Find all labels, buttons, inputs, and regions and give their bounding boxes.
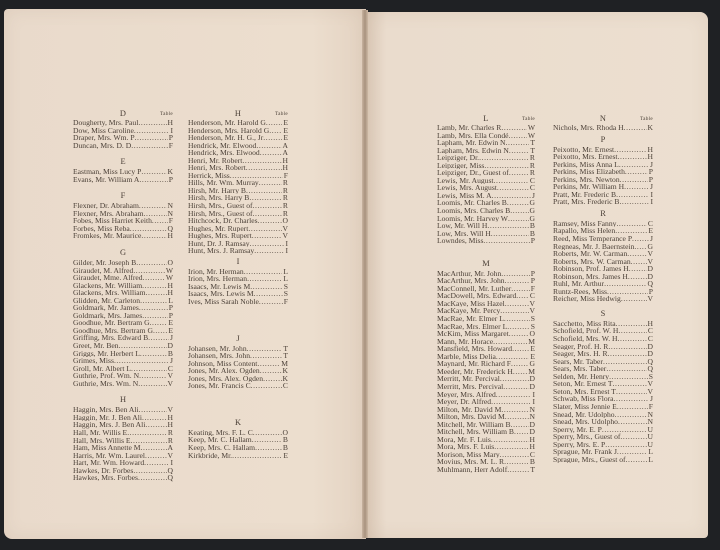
leader-dots [602, 426, 647, 434]
guest-name: Forbes, Miss Reba [73, 225, 130, 233]
table-assignment: J [649, 183, 653, 191]
table-assignment: F [648, 403, 653, 411]
guest-name: Hunt, Mrs. J. Ramsay [188, 247, 254, 255]
guest-entry: Mora, Mr. F. LuisH [437, 436, 535, 444]
guest-entry: Loomis, Mr. Harvey WG [437, 215, 535, 223]
guest-name: Merritt, Mr. Percival [437, 375, 500, 383]
guest-entry: MacRae, Mr. Elmer LS [437, 315, 535, 323]
guest-name: Isaacs, Mr. Lewis M [188, 283, 250, 291]
guest-entry: Morison, Miss MaryC [437, 451, 535, 459]
guest-name: Perkins, Miss Elizabeth [553, 168, 625, 176]
guest-entry: Leipziger, MissR [437, 162, 535, 170]
guest-name: Harris, Mr. Wm. Laurel [73, 452, 145, 460]
table-assignment: H [167, 414, 173, 422]
guest-entry: Hawkes, Dr. ForbesQ [73, 467, 173, 475]
leader-dots [617, 403, 648, 411]
guest-entry: Duncan, Mrs. D. DF [73, 142, 173, 150]
guest-name: MacKaye, Miss Hazel [437, 300, 505, 308]
guest-entry: Roberts, Mrs. W. CarmanV [553, 258, 653, 266]
leader-dots [260, 149, 282, 157]
table-assignment: W [527, 132, 535, 140]
leader-dots [624, 183, 649, 191]
leader-dots [141, 168, 166, 176]
guest-entry: Ruhl, Mr. ArthurQ [553, 280, 653, 288]
leader-dots [614, 395, 649, 403]
section-letter-j: J [188, 332, 288, 345]
table-assignment: V [647, 250, 653, 258]
table-assignment: Q [167, 225, 173, 233]
guest-name: MacRae, Mr. Elmer L [437, 315, 504, 323]
leader-dots [250, 352, 282, 360]
table-assignment: N [647, 411, 653, 419]
guest-entry: Meeder, Mr. Frederick HM [437, 368, 535, 376]
guest-name: Hunt, Dr. J. Ramsay [188, 240, 250, 248]
table-assignment: S [283, 283, 288, 291]
leader-dots [509, 147, 529, 155]
guest-name: Jones, Mrs. Alex. Ogden [188, 375, 263, 383]
leader-dots [511, 285, 530, 293]
guest-name: Reicher, Miss Hedwig [553, 295, 621, 303]
table-assignment: J [649, 235, 653, 243]
guest-entry: Mitchell, Mr. William BD [437, 421, 535, 429]
guest-name: Isaacs, Mrs. Lewis M [188, 290, 254, 298]
guest-entry: Hendrick, Mrs. ElwoodA [188, 149, 288, 157]
guest-entry: Gilder, Mr. Joseph BO [73, 259, 173, 267]
table-assignment: I [531, 398, 535, 406]
table-assignment: N [167, 210, 173, 218]
guest-name: Milton, Mrs. David M [437, 413, 505, 421]
guest-entry: Johnson, Miss ContentM [188, 360, 288, 368]
section-header-l: LTable [437, 113, 535, 124]
guest-name: Leipziger, Dr., Guest of [437, 169, 509, 177]
table-assignment: B [167, 350, 173, 358]
guest-entry: Rapallo, Miss HelenE [553, 227, 653, 235]
guest-entry: Kirkbride, Mr.E [188, 452, 288, 460]
guest-name: Meyer, Dr. Alfred [437, 398, 491, 406]
leader-dots [632, 235, 649, 243]
table-assignment: V [167, 380, 173, 388]
guest-name: Eastman, Miss Lucy P [73, 168, 141, 176]
guest-name: Haggin, Mrs. Ben Ali [73, 406, 139, 414]
guest-entry: Pratt, Mrs. Frederic BI [553, 198, 653, 206]
guest-entry: Goodhue, Mrs. Bertram GE [73, 327, 173, 335]
guest-entry: Goodhue, Mr. Bertram GE [73, 319, 173, 327]
leader-dots [507, 466, 529, 474]
guest-entry: Lewis, Mr. AugustC [437, 177, 535, 185]
table-assignment: P [168, 312, 173, 320]
guest-name: Seager, Prof. H. R [553, 343, 608, 351]
right-page-column-1: LTableLamb, Mr. Charles RWLamb, Mrs. Ell… [437, 113, 535, 474]
guest-entry: Henri, Mr. RobertH [188, 157, 288, 165]
leader-dots [511, 421, 529, 429]
leader-dots [247, 275, 282, 283]
table-assignment: P [530, 270, 535, 278]
table-assignment: G [529, 199, 535, 207]
guest-entry: Johansen, Mrs. JohnT [188, 352, 288, 360]
guest-name: Mora, Mrs. F. Luis [437, 443, 494, 451]
table-assignment: H [647, 146, 653, 154]
leader-dots [254, 247, 284, 255]
leader-dots [479, 154, 529, 162]
guest-name: Milton, Mr. David M [437, 406, 501, 414]
table-assignment: E [167, 327, 173, 335]
right-page-column-2: NTableNichols, Mrs. Rhoda HKPPeixotto, M… [553, 113, 653, 463]
leader-dots [624, 124, 647, 132]
guest-name: Robinson, Mrs. James H [553, 273, 628, 281]
guest-entry: Hughes, Mrs. RupertV [188, 232, 288, 240]
leader-dots [509, 132, 527, 140]
guest-entry: Slater, Miss Jennie EF [553, 403, 653, 411]
guest-entry: Schwab, Miss FloraJ [553, 395, 653, 403]
guest-name: Hendrick, Mrs. Elwood [188, 149, 260, 157]
guest-name: Movius, Mrs. M. L. R [437, 458, 504, 466]
leader-dots [625, 168, 648, 176]
guest-entry: MacDowell, Mrs. EdwardC [437, 292, 535, 300]
leader-dots [138, 119, 166, 127]
guest-name: Schwab, Miss Flora [553, 395, 614, 403]
table-assignment: O [282, 217, 288, 225]
guest-entry: MacKaye, Miss HazelV [437, 300, 535, 308]
table-assignment: A [167, 444, 173, 452]
leader-dots [504, 315, 530, 323]
leader-dots [501, 270, 530, 278]
table-assignment: B [529, 222, 535, 230]
table-assignment: J [169, 357, 173, 365]
guest-entry: Milton, Mr. David MN [437, 406, 535, 414]
guest-entry: Schofield, Mrs. W. HC [553, 335, 653, 343]
guest-entry: Reed, Miss Temperance PJ [553, 235, 653, 243]
guest-name: Giraudet, M. Alfred [73, 267, 133, 275]
table-assignment: Q [647, 365, 653, 373]
section-letter-k: K [188, 416, 288, 429]
table-assignment: K [167, 168, 173, 176]
leader-dots [618, 327, 647, 335]
table-assignment: R [282, 210, 288, 218]
table-assignment: V [647, 388, 653, 396]
guest-entry: Muhlmann, Herr AdolfT [437, 466, 535, 474]
guest-entry: Keep, Mr. C. HallamB [188, 436, 288, 444]
table-assignment: V [167, 372, 173, 380]
guest-name: Hitchcock, Dr. Charles [188, 217, 258, 225]
leader-dots [616, 388, 647, 396]
guest-entry: Johansen, Mr. JohnT [188, 345, 288, 353]
guest-name: Fobes, Miss Harriet Keith [73, 217, 152, 225]
leader-dots [141, 232, 166, 240]
table-assignment: H [282, 157, 288, 165]
guest-entry: Ham, Miss Annette MA [73, 444, 173, 452]
leader-dots [507, 323, 530, 331]
guest-name: Herrick, Miss [188, 172, 230, 180]
leader-dots [631, 258, 647, 266]
table-assignment: S [530, 323, 535, 331]
table-assignment: D [647, 265, 653, 273]
leader-dots [139, 202, 167, 210]
leader-dots [150, 319, 168, 327]
table-assignment: D [529, 375, 535, 383]
section-letter-g: G [73, 246, 173, 259]
guest-name: Schofield, Mrs. W. H [553, 335, 618, 343]
table-assignment: R [282, 187, 288, 195]
leader-dots [145, 421, 166, 429]
table-assignment: P [168, 176, 173, 184]
table-assignment: N [529, 413, 535, 421]
guest-name: Goodhue, Mr. Bertram G [73, 319, 150, 327]
table-assignment: M [527, 368, 535, 376]
leader-dots [483, 237, 529, 245]
guest-entry: MacConnell, Mr. LutherF [437, 285, 535, 293]
guest-name: Glidden, Mr. Carleton [73, 297, 140, 305]
guest-entry: Lewis, Mrs. AugustC [437, 184, 535, 192]
guest-entry: Selden, Mr. HenryS [553, 373, 653, 381]
table-assignment: F [283, 298, 288, 306]
guest-name: Guthrie, Mrs. Wm. N [73, 380, 138, 388]
leader-dots [619, 198, 649, 206]
table-assignment: L [647, 456, 653, 464]
table-assignment: H [167, 289, 173, 297]
guest-entry: Hirsh, Mrs., Guest ofR [188, 210, 288, 218]
table-assignment: U [647, 426, 653, 434]
guest-entry: Forbes, Miss RebaQ [73, 225, 173, 233]
guest-entry: Hall, Mrs. Willis ER [73, 437, 173, 445]
table-assignment: C [529, 292, 535, 300]
table-assignment: L [167, 297, 173, 305]
guest-name: Mann, Mr. Horace [437, 338, 493, 346]
leader-dots [617, 448, 647, 456]
table-assignment: O [282, 429, 288, 437]
guest-name: Ruhl, Mr. Arthur [553, 280, 604, 288]
leader-dots [253, 202, 282, 210]
leader-dots [144, 459, 169, 467]
guest-entry: Peixotto, Mr. ErnestH [553, 146, 653, 154]
guest-entry: Jones, Mrs. Alex. OgdenK [188, 375, 288, 383]
guest-name: Sprague, Mr. Frank J [553, 448, 617, 456]
leader-dots [616, 220, 646, 228]
guest-entry: Evans, Mr. William AP [73, 176, 173, 184]
table-assignment: H [167, 119, 173, 127]
guest-entry: Robinson, Mrs. James HD [553, 273, 653, 281]
leader-dots [608, 350, 647, 358]
leader-dots [491, 230, 529, 238]
leader-dots [140, 297, 167, 305]
guest-name: Henderson, Mr. H. G., Jr [188, 134, 263, 142]
leader-dots [615, 411, 647, 419]
leader-dots [254, 290, 283, 298]
leader-dots [143, 274, 165, 282]
guest-name: Hirsh, Mrs. Harry B [188, 194, 249, 202]
table-assignment: W [165, 274, 173, 282]
guest-entry: Lamb, Mr. Charles RW [437, 124, 535, 132]
guest-entry: Marble, Miss DeliaE [437, 353, 535, 361]
leader-dots [269, 127, 282, 135]
leader-dots [509, 330, 529, 338]
guest-entry: Hughes, Mr. RupertV [188, 225, 288, 233]
leader-dots [135, 134, 168, 142]
guest-name: Jones, Mr. Alex. Ogden [188, 367, 260, 375]
leader-dots [509, 169, 529, 177]
table-assignment: V [167, 406, 173, 414]
guest-name: Hirsh, Mr. Harry B [188, 187, 246, 195]
guest-name: Peixotto, Mr. Ernest [553, 146, 614, 154]
guest-entry: Pratt, Mr. Frederic BI [553, 191, 653, 199]
table-assignment: G [529, 360, 535, 368]
leader-dots [494, 443, 528, 451]
guest-entry: Glidden, Mr. CarletonL [73, 297, 173, 305]
leader-dots [492, 192, 531, 200]
table-assignment: H [529, 436, 535, 444]
guest-entry: Reicher, Miss HedwigV [553, 295, 653, 303]
guest-entry: Harris, Mr. Wm. LaurelV [73, 452, 173, 460]
guest-name: MacDowell, Mrs. Edward [437, 292, 516, 300]
guest-name: Henri, Mrs. Robert [188, 164, 246, 172]
guest-entry: Hawkes, Mrs. ForbesQ [73, 474, 173, 482]
leader-dots [605, 441, 646, 449]
table-assignment: C [282, 382, 288, 390]
guest-entry: Meyer, Dr. AlfredI [437, 398, 535, 406]
table-assignment: H [167, 282, 173, 290]
guest-name: Roberts, Mrs. W. Carman [553, 258, 631, 266]
table-assignment: C [529, 184, 535, 192]
table-assignment: P [530, 237, 535, 245]
guest-name: Jones, Mr. Francis C [188, 382, 251, 390]
guest-name: Lapham, Mr. Edwin N [437, 139, 506, 147]
table-assignment: D [647, 343, 653, 351]
leader-dots [618, 153, 647, 161]
guest-name: Flexner, Dr. Abraham [73, 202, 139, 210]
guest-name: Regneas, Mr. J. Baernstein [553, 243, 634, 251]
left-page-column-1: DTableDougherty, Mrs. PaulHDow, Miss Car… [73, 108, 173, 482]
table-assignment: D [529, 421, 535, 429]
guest-name: Irion, Mr. Herman [188, 268, 244, 276]
leader-dots [491, 398, 531, 406]
guest-entry: Hirsh, Mrs. Harry BR [188, 194, 288, 202]
guest-name: Grimes, Miss [73, 357, 114, 365]
leader-dots [626, 456, 648, 464]
leader-dots [494, 177, 529, 185]
guest-entry: Flexner, Dr. AbrahamN [73, 202, 173, 210]
guest-entry: Regneas, Mr. J. BaernsteinG [553, 243, 653, 251]
table-assignment: B [529, 230, 535, 238]
guest-entry: Lapham, Mr. Edwin NT [437, 139, 535, 147]
guest-name: Evans, Mr. William A [73, 176, 139, 184]
guest-name: Sears, Mrs. Taber [553, 365, 606, 373]
guest-entry: Flexner, Mrs. AbrahamN [73, 210, 173, 218]
leader-dots [500, 307, 528, 315]
table-assignment: H [647, 153, 653, 161]
leader-dots [256, 142, 281, 150]
guest-name: Glackens, Mrs. William [73, 289, 146, 297]
leader-dots [258, 217, 282, 225]
leader-dots [487, 222, 529, 230]
guest-name: Leipziger, Miss [437, 162, 484, 170]
guest-entry: Maynard, Mr. Richard FG [437, 360, 535, 368]
guest-name: MacRae, Mrs. Elmer L [437, 323, 507, 331]
guest-name: Sears, Mr. Taber [553, 358, 603, 366]
leader-dots [255, 444, 282, 452]
leader-dots [500, 375, 529, 383]
leader-dots [497, 184, 529, 192]
table-assignment: R [167, 437, 173, 445]
guest-name: Hughes, Mrs. Rupert [188, 232, 252, 240]
table-assignment: E [282, 134, 288, 142]
table-assignment: I [649, 191, 653, 199]
table-assignment: Q [167, 474, 173, 482]
guest-entry: Seton, Mrs. Ernest TV [553, 388, 653, 396]
guest-name: Hirsh, Mrs., Guest of [188, 210, 253, 218]
table-assignment: C [529, 451, 535, 459]
table-assignment: T [529, 466, 535, 474]
leader-dots [496, 353, 530, 361]
table-assignment: N [647, 418, 653, 426]
guest-name: Loomis, Mr. Charles B [437, 199, 507, 207]
guest-entry: Ives, Miss Sarah NobleF [188, 298, 288, 306]
leader-dots [608, 343, 646, 351]
guest-name: Kirkbride, Mr. [188, 452, 232, 460]
guest-entry: Keep, Mrs. C. HallamB [188, 444, 288, 452]
guest-name: Dow, Miss Caroline [73, 127, 134, 135]
table-assignment: P [648, 168, 653, 176]
guest-name: Muhlmann, Herr Adolf [437, 466, 507, 474]
guest-entry: Keating, Mrs. F. L. CO [188, 429, 288, 437]
table-assignment: V [167, 452, 173, 460]
leader-dots [614, 146, 646, 154]
guest-name: Hughes, Mr. Rupert [188, 225, 248, 233]
table-assignment: W [165, 267, 173, 275]
leader-dots [484, 162, 529, 170]
guest-entry: Hunt, Dr. J. RamsayI [188, 240, 288, 248]
leader-dots [505, 413, 529, 421]
guest-name: Lapham, Mrs. Edwin N [437, 147, 509, 155]
table-assignment: J [169, 334, 173, 342]
leader-dots [134, 127, 170, 135]
guest-name: Selden, Mr. Henry [553, 373, 609, 381]
table-assignment: C [647, 220, 653, 228]
section-spacer [437, 245, 535, 257]
guest-name: MacKaye, Mr. Percy [437, 307, 500, 315]
table-column-label: Table [160, 109, 173, 120]
guest-name: Henri, Mr. Robert [188, 157, 242, 165]
leader-dots [251, 382, 282, 390]
guest-entry: Sears, Mrs. TaberQ [553, 365, 653, 373]
table-assignment: I [284, 240, 288, 248]
guest-entry: Henderson, Mr. Harold GE [188, 119, 288, 127]
guest-entry: Lewis, Miss M. AJ [437, 192, 535, 200]
guest-entry: Griggs, Mr. Herbert LB [73, 350, 173, 358]
guest-entry: Giraudet, Mme. AlfredW [73, 274, 173, 282]
table-assignment: V [282, 225, 288, 233]
guest-entry: Mitchell, Mrs. William BD [437, 428, 535, 436]
table-assignment: B [529, 458, 535, 466]
table-assignment: V [282, 232, 288, 240]
leader-dots [616, 191, 649, 199]
guest-entry: Nichols, Mrs. Rhoda HK [553, 124, 653, 132]
guest-entry: Perkins, Mrs. NewtonP [553, 176, 653, 184]
guest-name: Slater, Miss Jennie E [553, 403, 617, 411]
leader-dots [621, 295, 647, 303]
table-assignment: E [282, 119, 288, 127]
leader-dots [250, 240, 285, 248]
guest-entry: Isaacs, Mrs. Lewis MS [188, 290, 288, 298]
guest-name: Pratt, Mrs. Frederic B [553, 198, 619, 206]
guest-name: Duncan, Mrs. D. D [73, 142, 131, 150]
guest-name: Mitchell, Mrs. William B [437, 428, 514, 436]
guest-entry: Grimes, MissJ [73, 357, 173, 365]
leader-dots [114, 357, 169, 365]
guest-name: Glackens, Mr. William [73, 282, 142, 290]
table-assignment: V [647, 258, 653, 266]
table-assignment: R [529, 162, 535, 170]
leader-dots [500, 451, 529, 459]
section-letter-s: S [553, 307, 653, 320]
